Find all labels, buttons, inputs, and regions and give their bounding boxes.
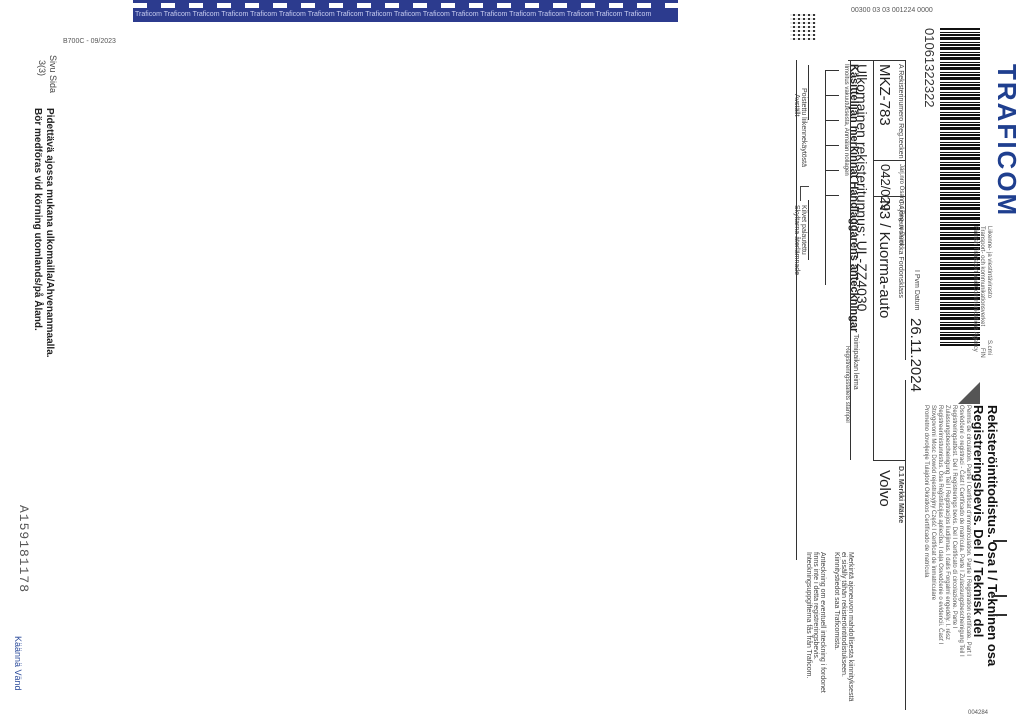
mark-3 [993, 614, 1007, 616]
make-value: Volvo [876, 470, 893, 507]
banner-microtext: Traficom Traficom Traficom Traficom Traf… [135, 11, 651, 18]
checkbox-deregistered[interactable] [800, 186, 809, 201]
lien-note-sv: Inteckningsuppgifterna fås från Traficom… [805, 552, 812, 678]
carry-notice-sv: Bör medföras vid körning utomlands/på Ål… [32, 108, 43, 331]
lien-note-fi: Merkintä ajoneuvon mahdollisesta kiinnit… [847, 552, 854, 701]
entry-line [825, 70, 839, 71]
turn-page-link[interactable]: Käännä Vänd [13, 636, 23, 691]
entry-line [825, 120, 839, 121]
banner-dashes [133, 3, 678, 8]
table-line [905, 60, 906, 360]
page-label: Sivu Sida [48, 55, 58, 93]
entry-line [825, 170, 839, 171]
subtitle-line: Registreerimistunnistus. Osa Reģistrācij… [937, 405, 943, 644]
subtitle-line: Zulassungsbescheinigung Teil I Registrac… [944, 405, 950, 640]
agency-line-1: Liikenne- ja viestintävirasto [986, 226, 992, 298]
subtitle-line: Prometno dovoljenje Tulajdoni Okiratkos … [923, 405, 929, 577]
mark-1 [993, 540, 1007, 542]
checkbox-border [808, 200, 809, 260]
table-line [873, 60, 874, 460]
entry-line [825, 145, 839, 146]
subtitle-line: Permis de circulation. Partie I Certific… [965, 405, 971, 656]
border [905, 380, 906, 710]
vehicle-class-label: J Ajoneuvoluokka Fordonsklass [897, 200, 904, 298]
subtitle-line: Osvědčení o registraci - Část I Certific… [958, 405, 964, 657]
document-serial: A159181178 [16, 505, 31, 593]
traficom-logo: TRAFICOM [991, 64, 1022, 217]
date-label: I Pvm Datum [913, 270, 920, 310]
reg-number-label: A Rekisterinumero Reg.tecken [897, 64, 904, 159]
subtitle-line: Registreringsattest. Del I Registrerings… [951, 405, 957, 628]
entry-line [825, 95, 839, 96]
make-label: D.1 Merkki Märke [897, 466, 904, 523]
table-divider [873, 160, 905, 161]
table-divider [873, 460, 905, 461]
agency-right-1: S.cmi [986, 340, 992, 355]
handler-notes-title: Käsittelijän merkinnät Handläggarens ant… [848, 64, 860, 332]
barcode-number: 01061322322 [922, 28, 937, 108]
handler-sub: Ilmoitus vakuutuksesta, Anmälan nollagen [843, 64, 849, 176]
plates-returned-label-fi: Kilvet palautettu [800, 205, 807, 255]
security-banner: Traficom Traficom Traficom Traficom Traf… [133, 0, 678, 22]
form-version: B700C - 09/2023 [63, 38, 116, 45]
vehicle-class-value: N3 / Kuorma-auto [876, 200, 893, 318]
frame-left [796, 60, 797, 560]
agency-line-2: Transport- och kommunikationsverket [979, 226, 985, 326]
form-code: 00300 03 03 001224 0000 [851, 7, 933, 14]
entry-line-vertical [825, 70, 826, 285]
lien-note-fi: Kiinnitystiedot saa Traficomista. [833, 552, 840, 650]
bottom-code: 004284 [968, 710, 988, 716]
agency-right-2: FIN [979, 348, 985, 358]
subtitle-line: Stovgovorni Mosc Dowód rejestracyjny Czę… [930, 405, 936, 600]
certificate-title-fi: Rekisteröintitodistus. Osa I / Tekninen … [985, 405, 1000, 666]
reg-number-value: MKZ-783 [876, 64, 893, 126]
lien-note-fi: ei sisälly tähän rekisteröintitodistukse… [840, 552, 847, 677]
carry-notice-fi: Pidettävä ajossa mukana ulkomailla/Ahven… [44, 108, 55, 358]
checkbox-border [808, 65, 809, 120]
agency-line-3: Finnish Transport and Communications Age… [972, 226, 978, 352]
stamp-label-sv: Registreringsställets stämpel [844, 346, 850, 423]
entry-line [825, 195, 839, 196]
deregistered-label-fi: Poistettu liikennekäytöstä [800, 88, 807, 167]
certificate-title-sv: Registreringsbevis. Del I / Teknisk del [971, 405, 986, 637]
table-top [848, 60, 906, 61]
date-value: 26.11.2024 [907, 318, 924, 392]
mark-2 [993, 595, 1007, 597]
lien-note-sv: Anteckning om eventuell inteckning i for… [819, 552, 826, 693]
corner-flag-icon [958, 382, 980, 404]
stamp-label-fi: Toimipaikan leima [852, 334, 859, 390]
datamatrix-code-icon [790, 14, 816, 40]
page-value: 3(3) [37, 60, 47, 76]
lien-note-sv: finns inte i detta registreringsbevis. [812, 552, 819, 660]
